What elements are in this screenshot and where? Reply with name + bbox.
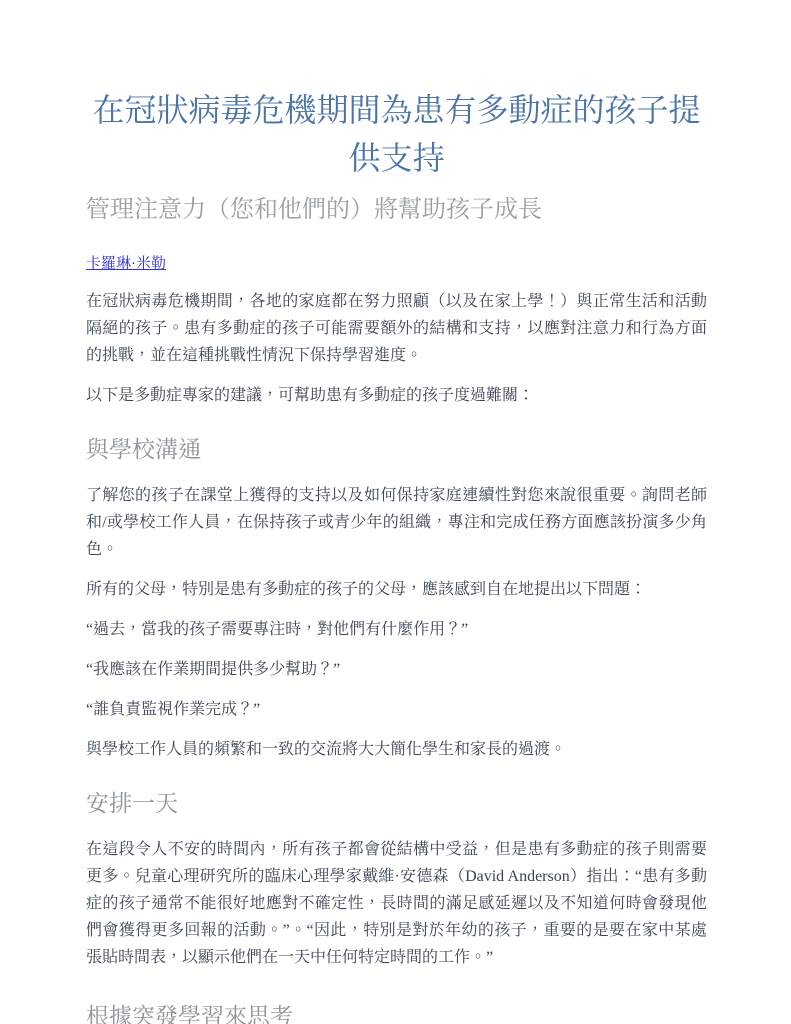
intro-paragraph-1: 在冠狀病毒危機期間，各地的家庭都在努力照顧（以及在家上學！）與正常生活和活動隔絕… bbox=[86, 288, 707, 369]
article-body: 在冠狀病毒危機期間，各地的家庭都在努力照顧（以及在家上學！）與正常生活和活動隔絕… bbox=[86, 288, 707, 1024]
paragraph: 在這段令人不安的時間內，所有孩子都會從結構中受益，但是患有多動症的孩子則需要更多… bbox=[86, 836, 707, 971]
quote-question-3: “誰負責監視作業完成？” bbox=[86, 696, 707, 723]
document-page: 在冠狀病毒危機期間為患有多動症的孩子提供支持 管理注意力（您和他們的）將幫助孩子… bbox=[0, 0, 791, 1024]
section-heading-schedule-the-day: 安排一天 bbox=[86, 788, 707, 819]
page-title: 在冠狀病毒危機期間為患有多動症的孩子提供支持 bbox=[86, 86, 707, 182]
paragraph: 所有的父母，特別是患有多動症的孩子的父母，應該感到自在地提出以下問題： bbox=[86, 576, 707, 603]
paragraph: 與學校工作人員的頻繁和一致的交流將大大簡化學生和家長的過渡。 bbox=[86, 736, 707, 763]
section-heading-communicate-with-school: 與學校溝通 bbox=[86, 434, 707, 465]
intro-paragraph-2: 以下是多動症專家的建議，可幫助患有多動症的孩子度過難關： bbox=[86, 382, 707, 409]
quote-question-2: “我應該在作業期間提供多少幫助？” bbox=[86, 656, 707, 683]
quote-question-1: “過去，當我的孩子需要專注時，對他們有什麼作用？” bbox=[86, 616, 707, 643]
author-link[interactable]: 卡羅琳·米勒 bbox=[86, 252, 166, 273]
page-subtitle: 管理注意力（您和他們的）將幫助孩子成長 bbox=[86, 194, 707, 228]
paragraph: 了解您的孩子在課堂上獲得的支持以及如何保持家庭連續性對您來說很重要。詢問老師和/… bbox=[86, 482, 707, 563]
section-heading-emergent-learning: 根據突發學習來思考 bbox=[86, 1001, 707, 1024]
